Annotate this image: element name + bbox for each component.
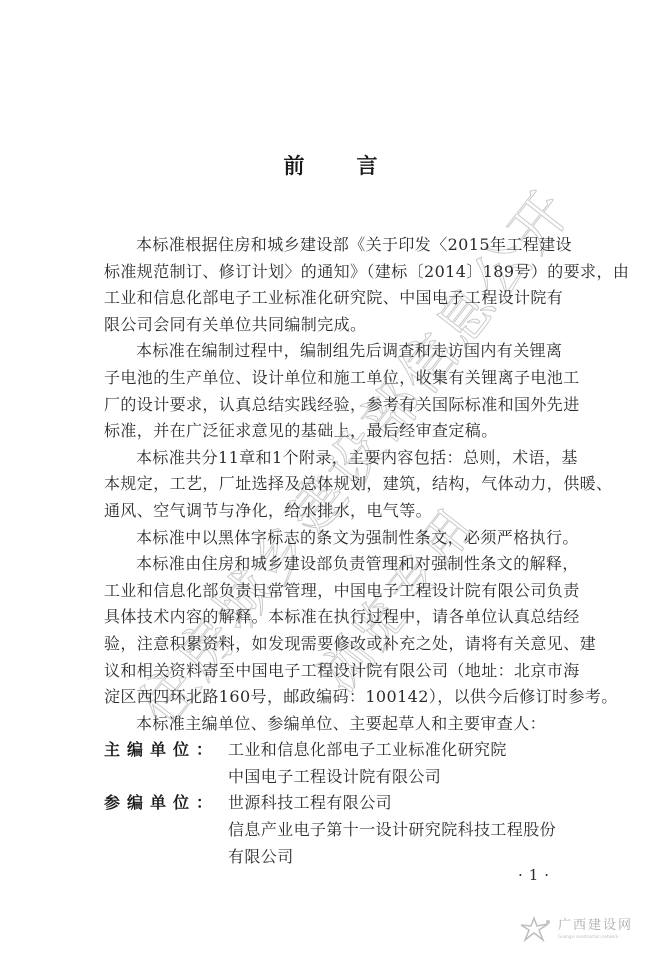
text-line: 淀区西四环北路160号，邮政编码：100142），以供今后修订时参考。 bbox=[104, 684, 556, 711]
org-name: 有限公司 bbox=[228, 844, 294, 871]
star-logo-icon bbox=[520, 916, 550, 942]
text-line: 具体技术内容的解释。本标准在执行过程中，请各单位认真总结经 bbox=[104, 604, 556, 631]
text-line: 本标准中以黑体字标志的条文为强制性条文，必须严格执行。 bbox=[104, 525, 556, 552]
page-number: ·1· bbox=[518, 866, 555, 884]
participating-units: 参编单位： 世源科技工程有限公司 信息产业电子第十一设计研究院科技工程股份 有限… bbox=[104, 790, 556, 870]
text-line: 工业和信息化部电子工业标准化研究院、中国电子工程设计院有 bbox=[104, 285, 556, 312]
text-line: 本标准根据住房和城乡建设部《关于印发〈2015年工程建设 bbox=[104, 232, 556, 259]
org-name: 工业和信息化部电子工业标准化研究院 bbox=[228, 737, 507, 764]
logo-subtext: Guangxi construction network bbox=[558, 934, 618, 939]
text-line: 验，注意积累资料，如发现需要修改或补充之处，请将有关意见、建 bbox=[104, 631, 556, 658]
document-body: 本标准根据住房和城乡建设部《关于印发〈2015年工程建设 标准规范制订、修订计划… bbox=[104, 232, 556, 870]
text-line: 限公司会同有关单位共同编制完成。 bbox=[104, 312, 556, 339]
text-line: 厂的设计要求，认真总结实践经验，参考有关国际标准和国外先进 bbox=[104, 392, 556, 419]
text-line: 本标准主编单位、参编单位、主要起草人和主要审查人： bbox=[104, 711, 556, 738]
paragraph-basis: 本标准根据住房和城乡建设部《关于印发〈2015年工程建设 标准规范制订、修订计划… bbox=[104, 232, 556, 338]
text-line: 本标准由住房和城乡建设部负责管理和对强制性条文的解释， bbox=[104, 551, 556, 578]
site-logo: 广西建设网 Guangxi construction network bbox=[520, 912, 660, 952]
paragraph-contents: 本标准共分11章和1个附录，主要内容包括：总则，术语，基 本规定，工艺，厂址选择… bbox=[104, 445, 556, 525]
text-line: 议和相关资料寄至中国电子工程设计院有限公司（地址：北京市海 bbox=[104, 658, 556, 685]
paragraph-management: 本标准由住房和城乡建设部负责管理和对强制性条文的解释， 工业和信息化部负责日常管… bbox=[104, 551, 556, 711]
paragraph-mandatory: 本标准中以黑体字标志的条文为强制性条文，必须严格执行。 bbox=[104, 525, 556, 552]
paragraph-units-intro: 本标准主编单位、参编单位、主要起草人和主要审查人： bbox=[104, 711, 556, 738]
text-line: 本标准共分11章和1个附录，主要内容包括：总则，术语，基 bbox=[104, 445, 556, 472]
document-page: 住房城乡建设部信息公开 浏览专用 前言 本标准根据住房和城乡建设部《关于印发〈2… bbox=[0, 0, 661, 958]
paragraph-process: 本标准在编制过程中，编制组先后调查和走访国内有关锂离 子电池的生产单位、设计单位… bbox=[104, 338, 556, 444]
chief-editor-units: 主编单位： 工业和信息化部电子工业标准化研究院 中国电子工程设计院有限公司 bbox=[104, 737, 556, 790]
participating-label: 参编单位： bbox=[104, 790, 228, 817]
logo-text: 广西建设网 bbox=[558, 914, 633, 933]
text-line: 本标准在编制过程中，编制组先后调查和走访国内有关锂离 bbox=[104, 338, 556, 365]
text-line: 工业和信息化部负责日常管理，中国电子工程设计院有限公司负责 bbox=[104, 578, 556, 605]
text-line: 本规定，工艺，厂址选择及总体规划，建筑，结构，气体动力，供暖、 bbox=[104, 471, 556, 498]
chief-editor-label: 主编单位： bbox=[104, 737, 228, 764]
org-name: 信息产业电子第十一设计研究院科技工程股份 bbox=[228, 817, 556, 844]
text-line: 子电池的生产单位、设计单位和施工单位，收集有关锂离子电池工 bbox=[104, 365, 556, 392]
text-line: 标准规范制订、修订计划〉的通知》（建标〔2014〕189号）的要求，由 bbox=[104, 259, 556, 286]
text-line: 标准，并在广泛征求意见的基础上，最后经审查定稿。 bbox=[104, 418, 556, 445]
org-name: 中国电子工程设计院有限公司 bbox=[228, 764, 441, 791]
text-line: 通风、空气调节与净化，给水排水，电气等。 bbox=[104, 498, 556, 525]
org-name: 世源科技工程有限公司 bbox=[228, 790, 392, 817]
page-title: 前言 bbox=[0, 150, 661, 180]
